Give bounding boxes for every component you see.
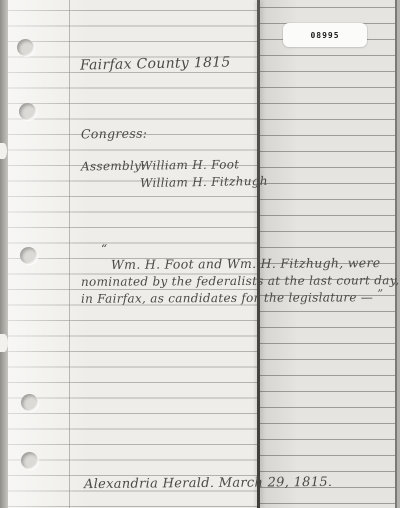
page-title: Fairfax County 1815: [80, 55, 231, 72]
quotation-line-1: Wm. H. Foot and Wm. H. Fitzhugh, were: [111, 257, 381, 271]
archive-number-label: 08995: [283, 23, 367, 47]
scanned-notebook-page: 08995 Fairfax County 1815 Congress: Asse…: [0, 0, 400, 508]
source-citation: Alexandria Herald. March 29, 1815.: [84, 476, 332, 491]
assembly-candidate-2: William H. Fitzhugh: [140, 175, 268, 189]
quotation-open-mark: “: [101, 243, 107, 255]
punch-hole: [21, 452, 38, 469]
quotation-line-3: in Fairfax, as candidates for the legisl…: [81, 291, 383, 305]
margin-rule-line: [69, 0, 70, 508]
punch-hole: [19, 103, 36, 120]
scan-left-edge: [0, 0, 8, 508]
archive-number: 08995: [310, 31, 339, 40]
punch-hole: [17, 39, 34, 56]
assembly-candidate-1: William H. Foot: [140, 158, 240, 171]
assembly-label: Assembly:: [81, 160, 146, 173]
ruled-paper-left: [8, 0, 260, 508]
paper-edge-chip: [0, 334, 8, 352]
quotation-line-2: nominated by the federalists at the last…: [81, 274, 399, 288]
quotation-close-mark: ”: [377, 287, 383, 300]
congress-heading: Congress:: [81, 128, 147, 141]
paper-edge-chip: [0, 143, 7, 159]
page-fold-crease: [257, 0, 260, 508]
punch-hole: [20, 247, 37, 264]
quotation-line-3-text: in Fairfax, as candidates for the legisl…: [81, 290, 373, 306]
punch-hole: [21, 394, 38, 411]
ruled-paper-right-shaded: [260, 0, 395, 508]
